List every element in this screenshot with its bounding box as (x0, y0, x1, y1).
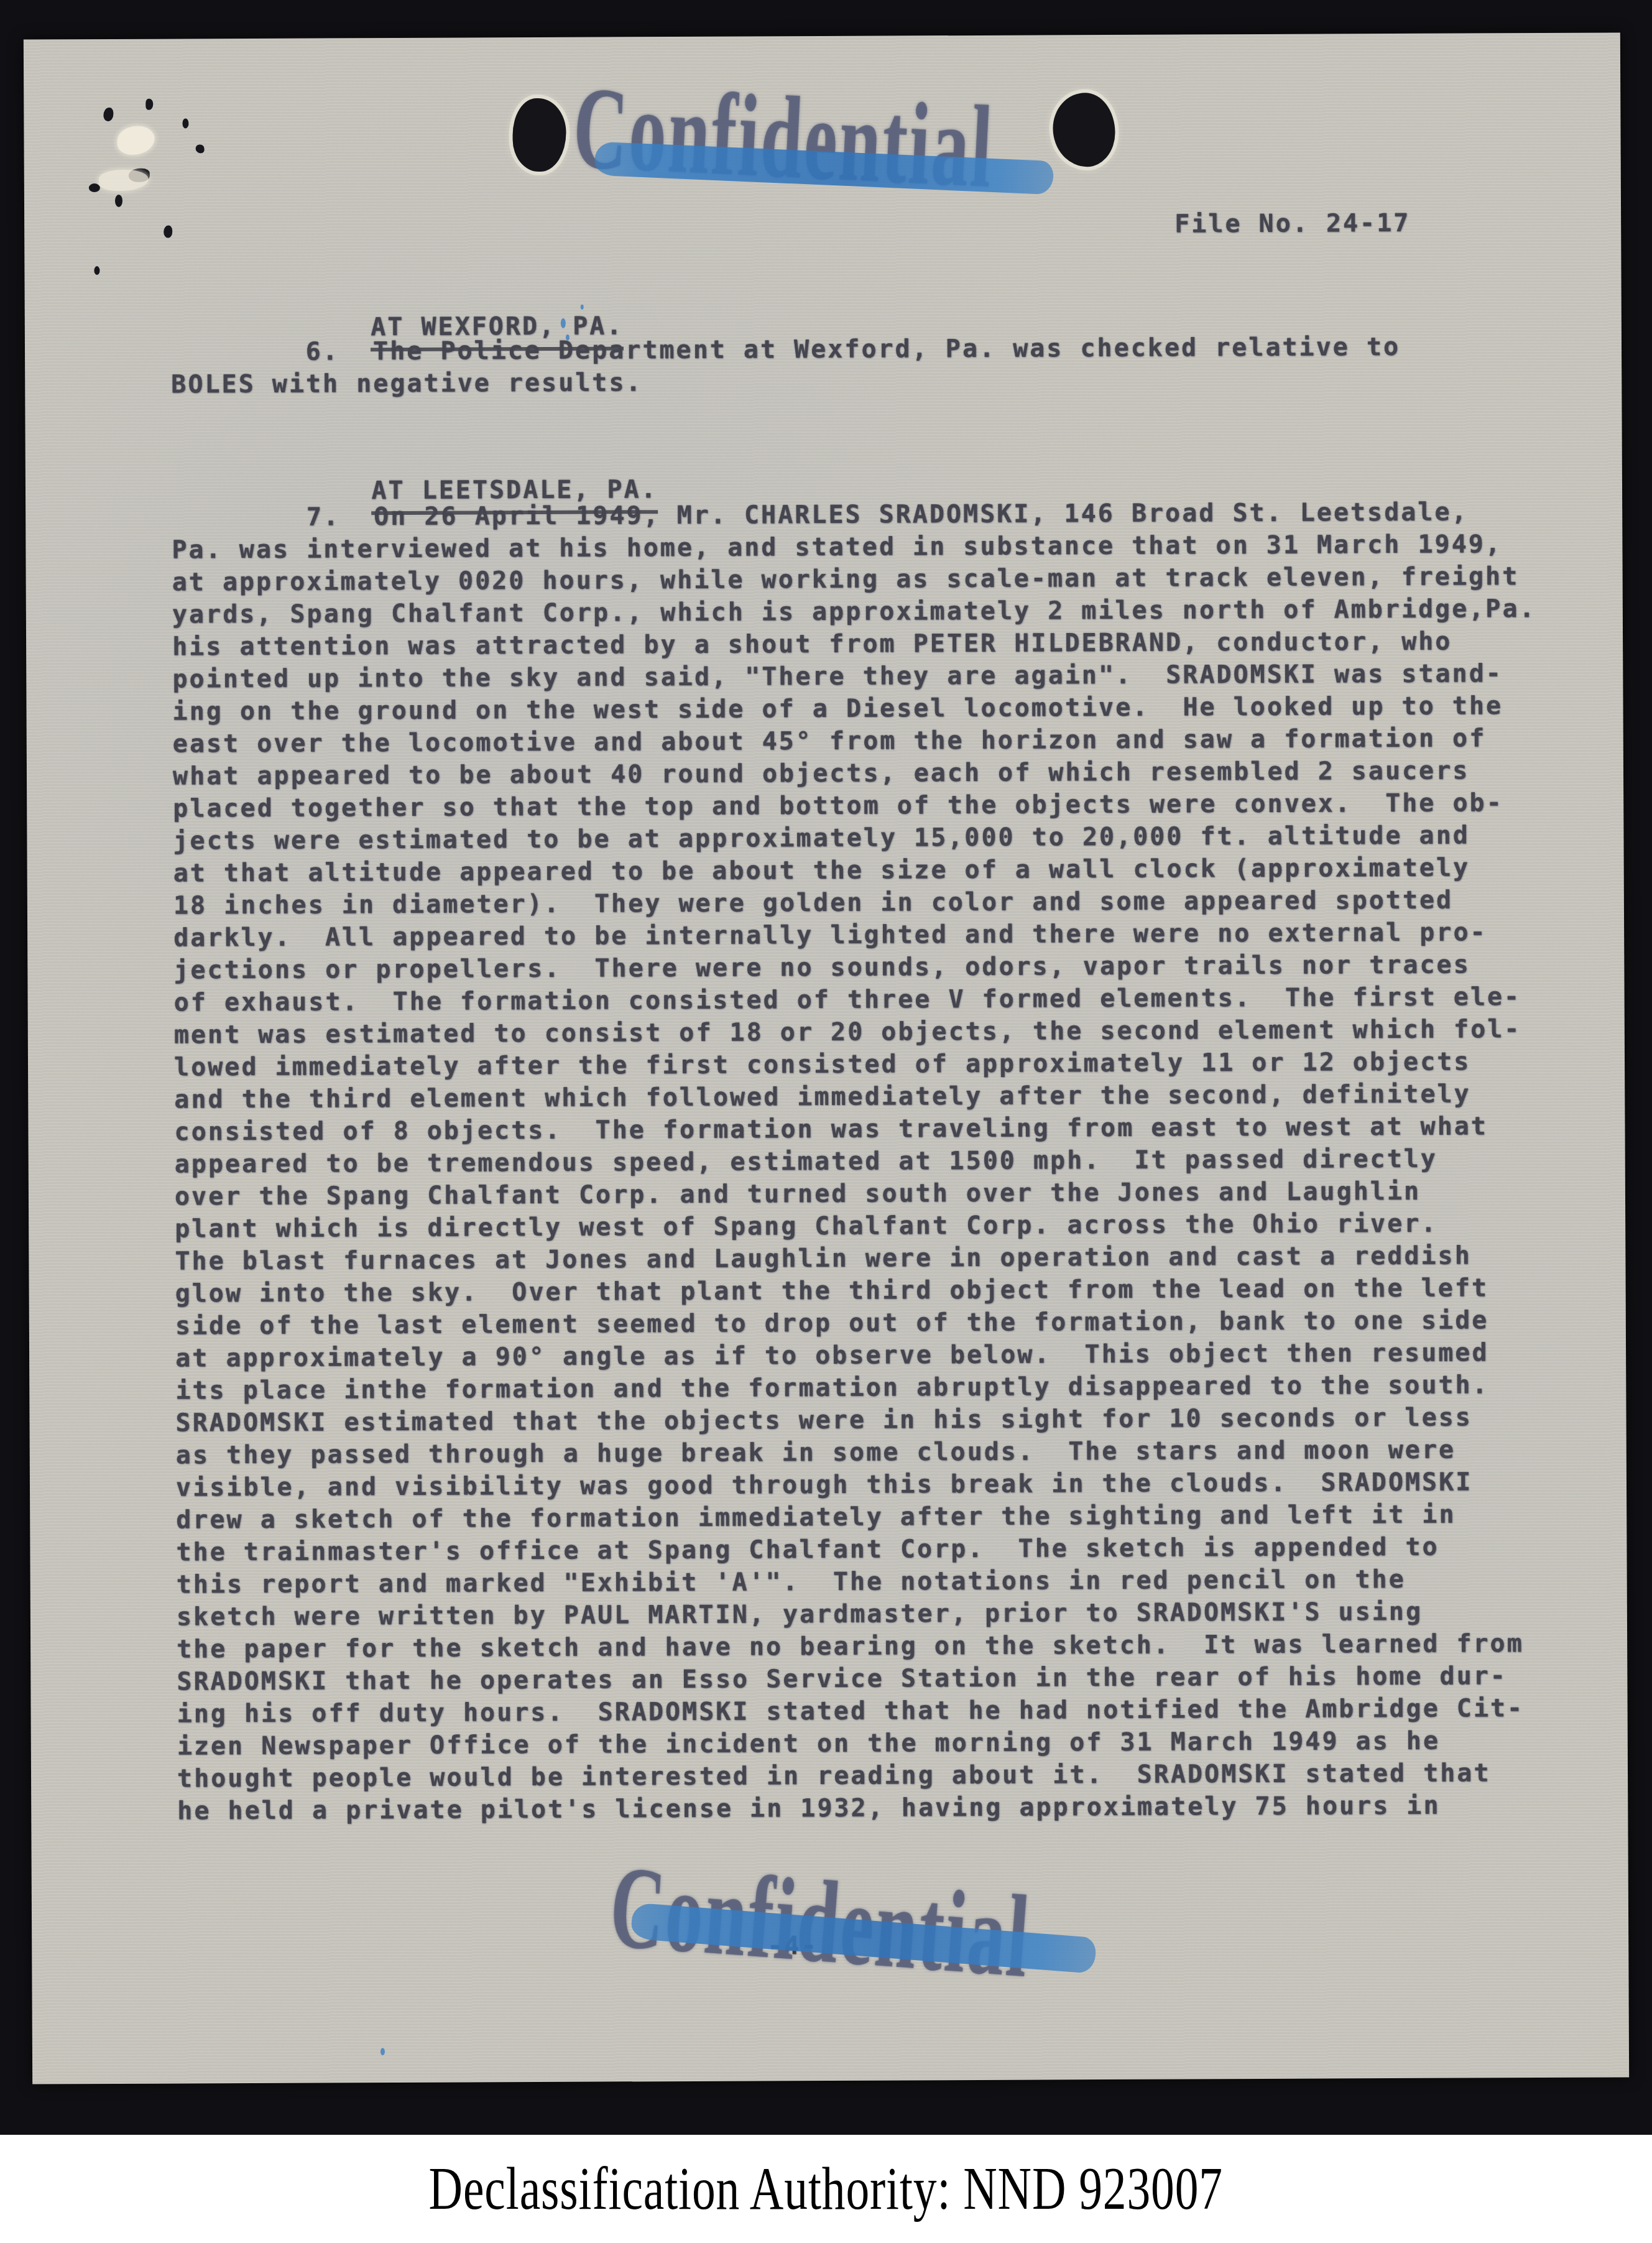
punch-hole-right (1053, 93, 1115, 167)
paper-damage-spot (99, 170, 149, 191)
marker-ink-speck (566, 335, 570, 341)
paper-damage-spot (89, 183, 100, 192)
paragraph-leetsdale: 7. On 26 April 1949, Mr. CHARLES SRADOMS… (172, 496, 1541, 1828)
paper-damage-spot (94, 266, 99, 275)
declassification-authority-text: Declassification Authority: NND 923007 (429, 2155, 1223, 2224)
confidential-stamp-top: Confidential (571, 60, 997, 215)
paper-damage-spot (103, 108, 113, 121)
marker-ink-speck (581, 305, 584, 310)
paper-damage-spot (196, 144, 205, 153)
paper-damage-spot (115, 195, 122, 207)
file-number: File No. 24-17 (1174, 207, 1410, 241)
paper-damage-spot (164, 226, 172, 238)
paper-damage-spot (182, 118, 188, 128)
marker-ink-speck (381, 2048, 385, 2055)
paper-damage-spot (145, 99, 153, 110)
declassification-footer: Declassification Authority: NND 923007 (0, 2135, 1652, 2243)
paper-sheet: Confidential File No. 24-17 AT WEXFORD, … (24, 32, 1629, 2084)
punch-hole-left (512, 98, 566, 172)
paper-damage-spot (117, 126, 154, 155)
marker-ink-speck (561, 318, 566, 328)
scanned-document-page: { "scan": { "file_number": "File No. 24-… (0, 0, 1652, 2243)
paragraph-wexford: 6. The Police Department at Wexford, Pa.… (171, 331, 1400, 401)
